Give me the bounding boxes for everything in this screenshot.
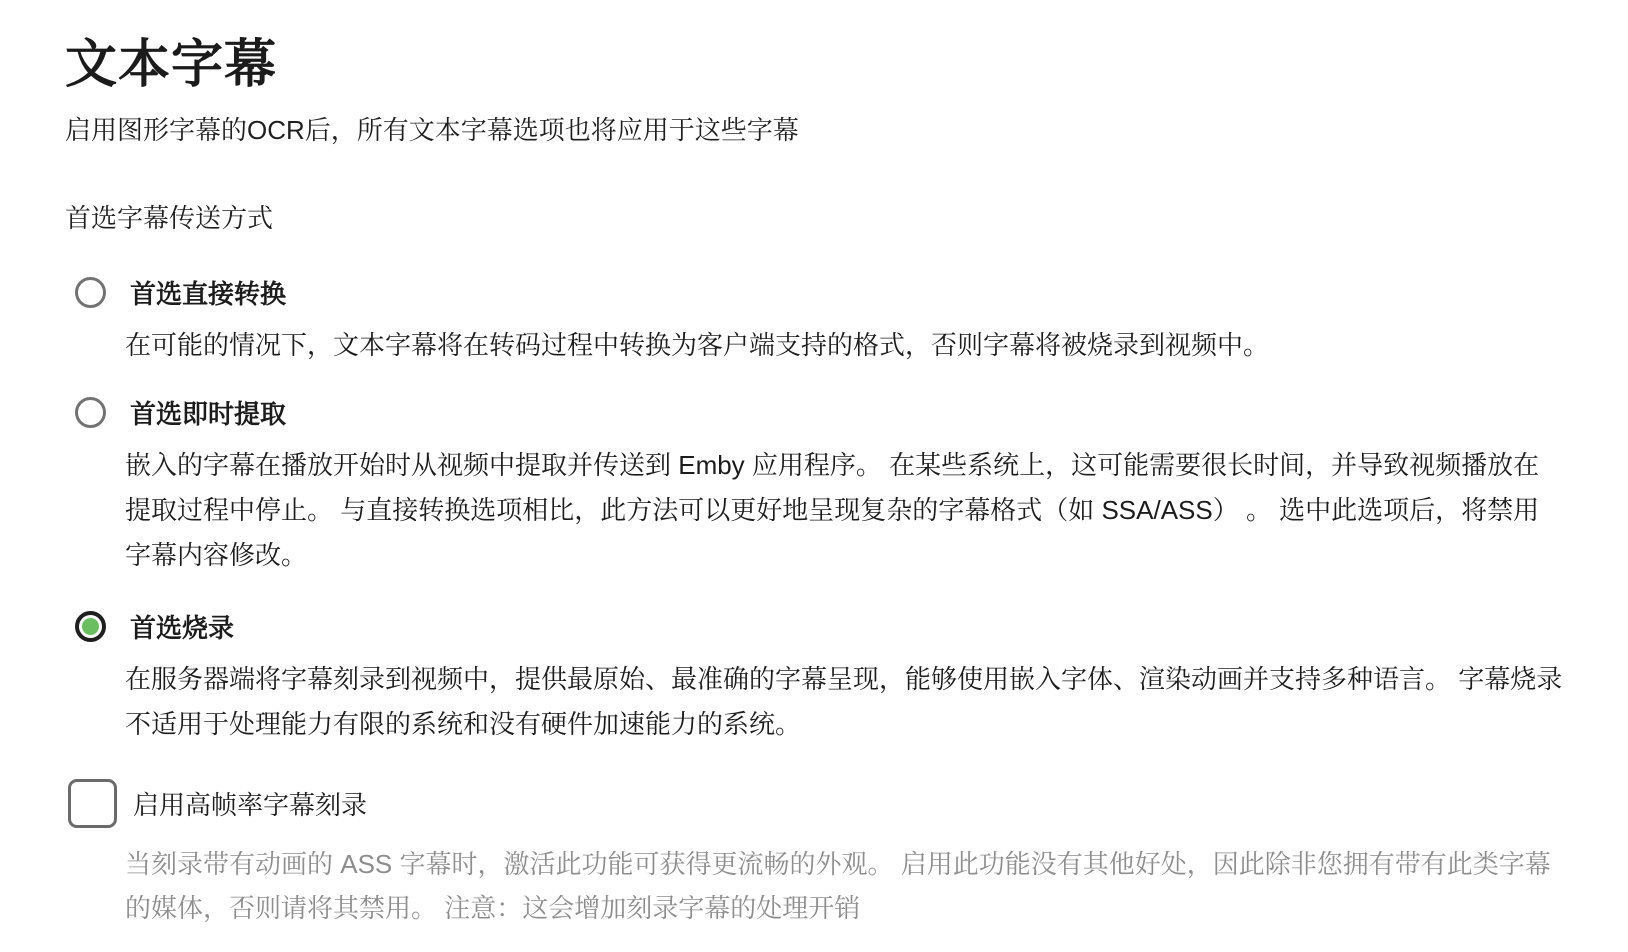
radio-checked-icon[interactable]	[75, 611, 106, 642]
radio-option-burn-in: 首选烧录 在服务器端将字幕刻录到视频中，提供最原始、最准确的字幕呈现，能够使用嵌…	[65, 608, 1563, 747]
radio-unchecked-icon[interactable]	[75, 397, 106, 428]
high-fps-burn-in-checkbox-row[interactable]: 启用高帧率字幕刻录	[68, 779, 1563, 828]
radio-label[interactable]: 首选直接转换	[130, 274, 286, 311]
checkbox-description: 当刻录带有动画的 ASS 字幕时，激活此功能可获得更流畅的外观。 启用此功能没有…	[125, 842, 1563, 930]
page-subtitle: 启用图形字幕的OCR后，所有文本字幕选项也将应用于这些字幕	[65, 112, 1563, 148]
radio-description: 嵌入的字幕在播放开始时从视频中提取并传送到 Emby 应用程序。 在某些系统上，…	[125, 443, 1563, 578]
radio-on-the-fly-extract[interactable]: 首选即时提取	[75, 394, 1563, 431]
radio-label[interactable]: 首选即时提取	[130, 394, 286, 431]
radio-direct-convert[interactable]: 首选直接转换	[75, 274, 1563, 311]
radio-unchecked-icon[interactable]	[75, 277, 106, 308]
checkbox-unchecked-icon[interactable]	[68, 779, 117, 828]
radio-option-direct-convert: 首选直接转换 在可能的情况下，文本字幕将在转码过程中转换为客户端支持的格式，否则…	[65, 274, 1563, 368]
radio-dot	[82, 618, 99, 635]
radio-label[interactable]: 首选烧录	[130, 608, 234, 645]
radio-description: 在服务器端将字幕刻录到视频中，提供最原始、最准确的字幕呈现，能够使用嵌入字体、渲…	[125, 657, 1563, 747]
delivery-method-label: 首选字幕传送方式	[65, 202, 1563, 234]
high-fps-burn-in-section: 启用高帧率字幕刻录 当刻录带有动画的 ASS 字幕时，激活此功能可获得更流畅的外…	[65, 779, 1563, 930]
checkbox-label[interactable]: 启用高帧率字幕刻录	[133, 785, 367, 822]
page-title: 文本字幕	[65, 34, 1563, 96]
radio-description: 在可能的情况下，文本字幕将在转码过程中转换为客户端支持的格式，否则字幕将被烧录到…	[125, 323, 1563, 368]
text-subtitles-settings-page: 文本字幕 启用图形字幕的OCR后，所有文本字幕选项也将应用于这些字幕 首选字幕传…	[0, 0, 1628, 952]
radio-burn-in[interactable]: 首选烧录	[75, 608, 1563, 645]
radio-option-on-the-fly-extract: 首选即时提取 嵌入的字幕在播放开始时从视频中提取并传送到 Emby 应用程序。 …	[65, 394, 1563, 578]
